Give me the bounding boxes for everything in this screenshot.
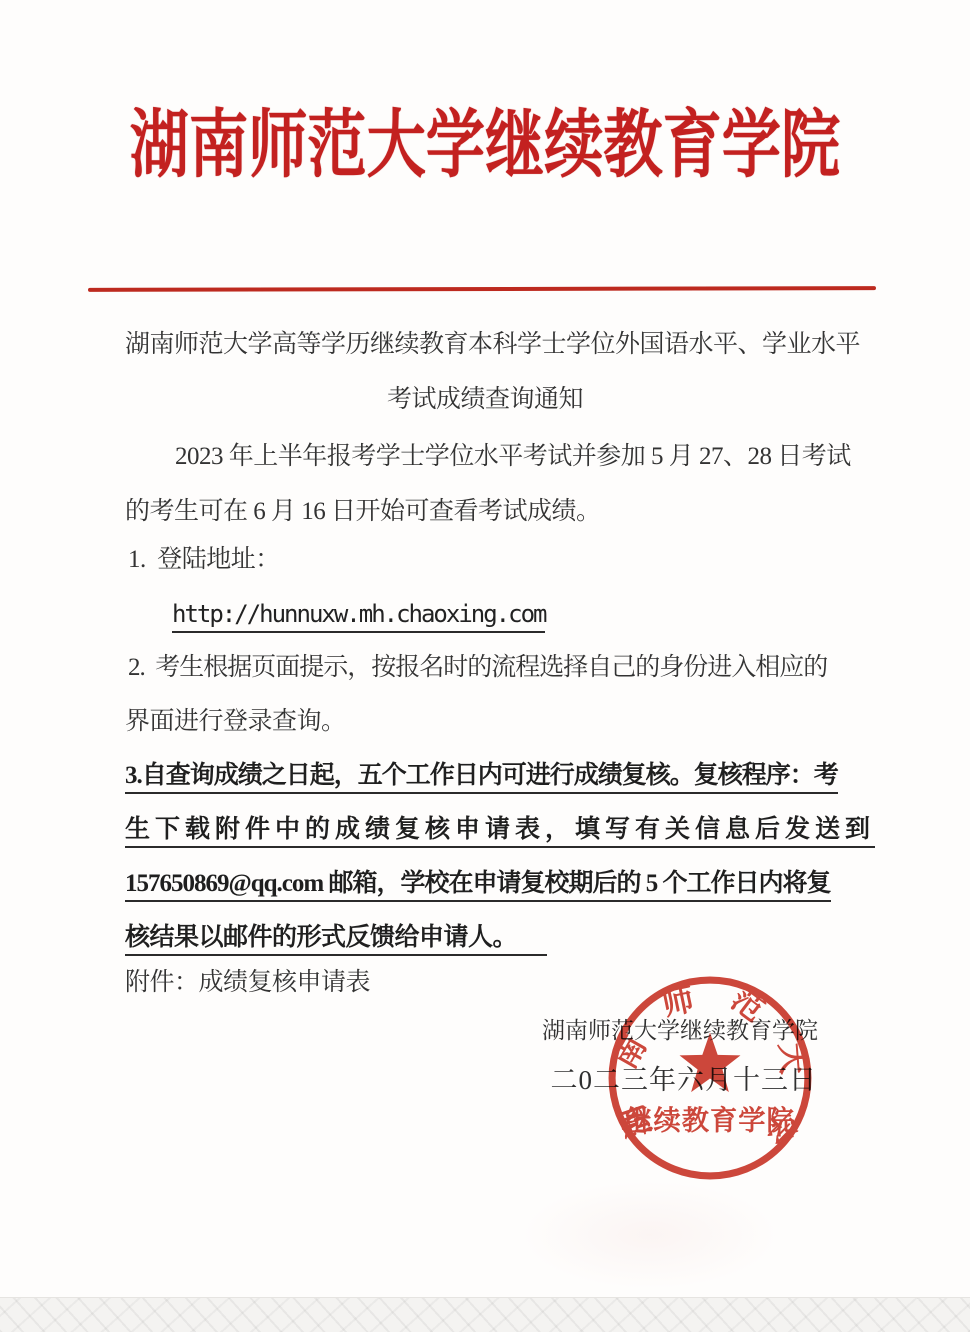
list-item-1-label: 1. 登陆地址： [128,540,848,580]
list-item-2-line-1: 2. 考生根据页面提示，按报名时的流程选择自己的身份进入相应的 [128,648,848,688]
notice-title-line-1: 湖南师范大学高等学历继续教育本科学士学位外国语水平、学业水平 [125,325,845,365]
list-item-3-line-4: 核结果以邮件的形式反馈给申请人。 [125,918,845,958]
login-url-text: http://hunnuxw.mh.chaoxing.com [172,600,545,633]
official-seal: 湖南师范大学 继续教育学院 [604,972,816,1184]
page-title: 湖南师范大学继续教育学院 [97,92,873,200]
scan-texture-band [0,1297,970,1332]
list-item-3-line-3: 157650869@qq.com 邮箱，学校在申请复校期后的 5 个工作日内将复 [125,864,845,904]
masthead-divider-rule [88,286,876,292]
list-item-3-line-3-text: 157650869@qq.com 邮箱，学校在申请复校期后的 5 个工作日内将复 [125,870,831,902]
star-icon [680,1033,741,1093]
list-item-3-line-2: 生下载附件中的成绩复核申请表，填写有关信息后发送到 [125,810,845,850]
list-item-3-line-1: 3.自查询成绩之日起，五个工作日内可进行成绩复核。复核程序：考 [125,756,845,796]
intro-paragraph-line-1: 2023 年上半年报考学士学位水平考试并参加 5 月 27、28 日考试 [125,437,895,477]
list-item-3-line-2-text: 生下载附件中的成绩复核申请表，填写有关信息后发送到 [125,816,875,848]
list-item-3-line-1-text: 3.自查询成绩之日起，五个工作日内可进行成绩复核。复核程序：考 [125,762,838,794]
seal-graphic: 湖南师范大学 继续教育学院 [604,972,816,1184]
notice-title-line-2: 考试成绩查询通知 [125,380,845,420]
seal-bottom-text: 继续教育学院 [625,1104,795,1135]
scanned-notice-page: 湖南师范大学继续教育学院 湖南师范大学高等学历继续教育本科学士学位外国语水平、学… [0,0,970,1332]
scan-smudge [520,1180,780,1290]
list-item-3-line-4-text: 核结果以邮件的形式反馈给申请人。 [125,924,547,956]
intro-paragraph-line-2: 的考生可在 6 月 16 日开始可查看考试成绩。 [125,492,845,532]
list-item-2-line-2: 界面进行登录查询。 [125,702,845,742]
login-url: http://hunnuxw.mh.chaoxing.com [172,594,892,634]
